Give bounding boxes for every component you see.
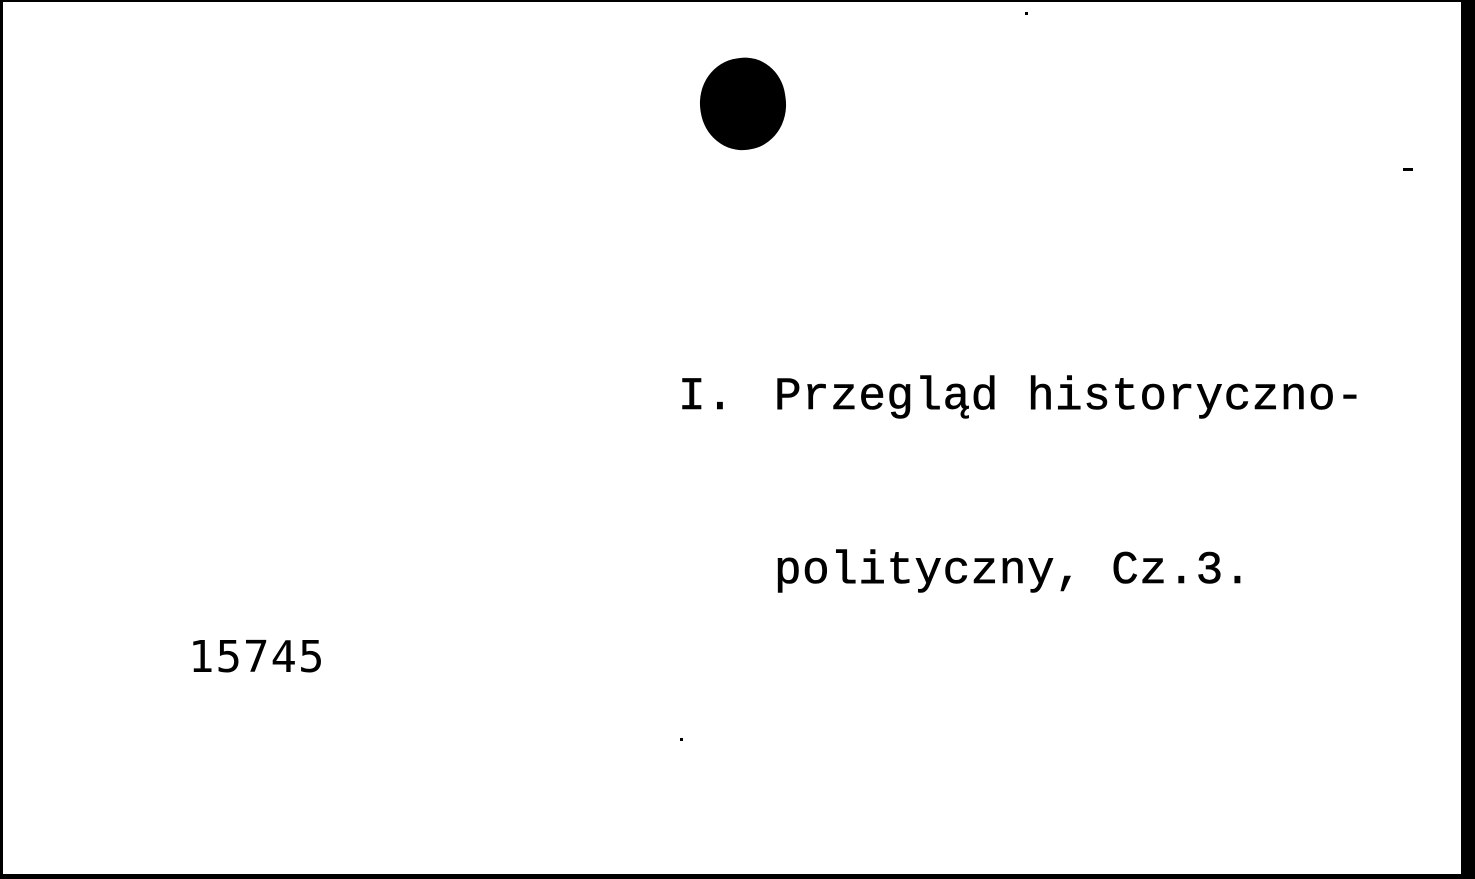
title-text-line-1: Przegląd historyczno- <box>774 371 1364 423</box>
title-line-1: I.Przegląd historyczno- <box>678 368 1364 426</box>
title-entry: I.Przegląd historyczno- polityczny, Cz.3… <box>678 252 1364 716</box>
punch-hole <box>694 52 792 155</box>
speck <box>680 738 683 741</box>
speck <box>1403 168 1413 171</box>
call-number: 15745 <box>188 630 325 686</box>
speck <box>1025 12 1028 15</box>
catalog-card: I.Przegląd historyczno- polityczny, Cz.3… <box>3 2 1467 874</box>
card-bottom-edge <box>0 874 1475 879</box>
title-text-line-2: polityczny, Cz.3. <box>678 542 1364 600</box>
entry-number: I. <box>678 368 774 426</box>
